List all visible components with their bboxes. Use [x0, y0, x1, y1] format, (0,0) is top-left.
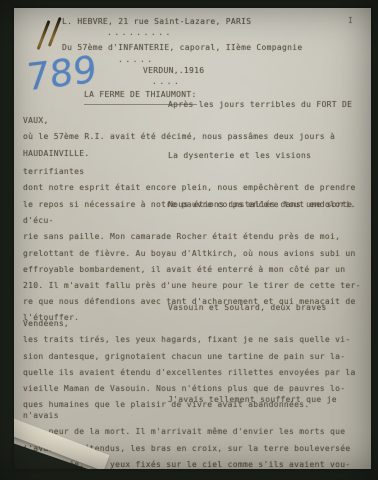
separator-dots: ......... [107, 25, 173, 41]
paper-sheet: 789 I L. HEBVRE, 21 rue Saint-Lazare, PA… [14, 8, 371, 469]
unit-line: Du 57ème d'INFANTERIE, caporal, IIème Co… [62, 40, 302, 56]
crease-line [310, 8, 326, 62]
page-number: I [348, 13, 353, 29]
scanned-page: 789 I L. HEBVRE, 21 rue Saint-Lazare, PA… [0, 0, 378, 480]
